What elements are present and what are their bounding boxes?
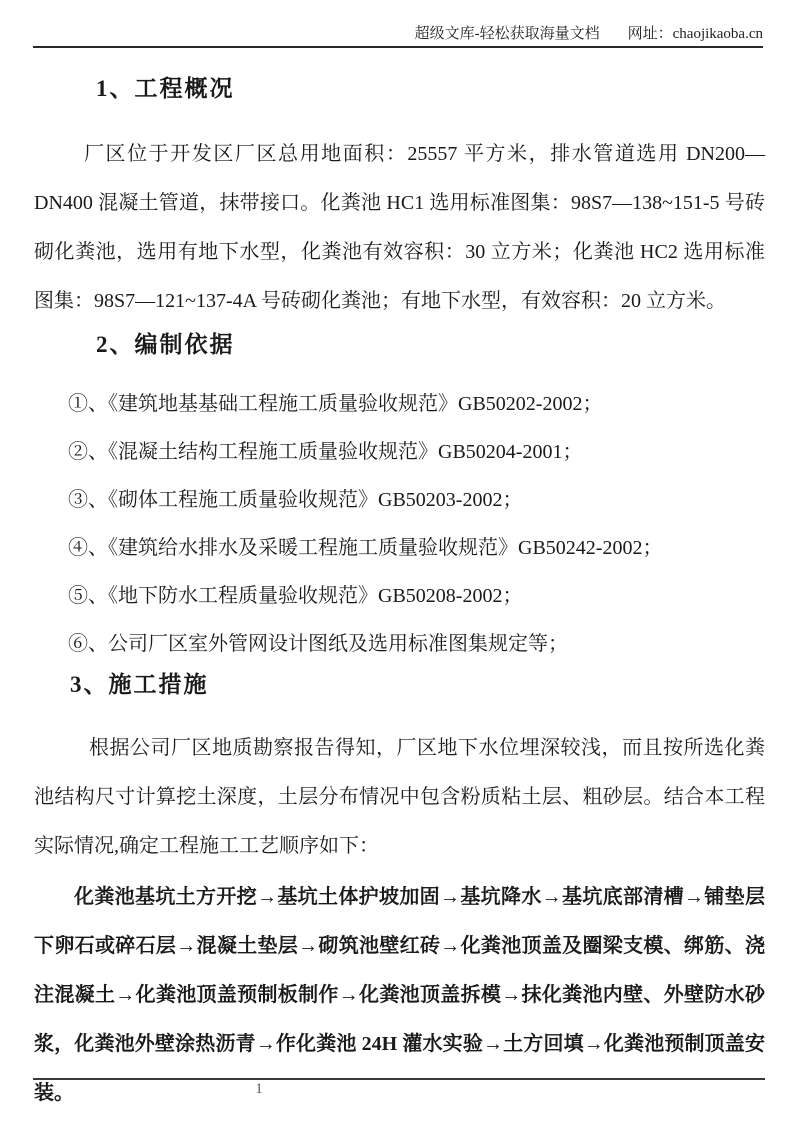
header-site-url: 网址：chaojikaoba.cn: [628, 26, 763, 42]
reference-item-2: ②、《混凝土结构工程施工质量验收规范》GB50204-2001；: [68, 428, 765, 476]
reference-item-4: ④、《建筑给水排水及采暖工程施工质量验收规范》GB50242-2002；: [68, 524, 765, 572]
page-number: 1: [248, 1081, 270, 1098]
reference-item-1: ①、《建筑地基基础工程施工质量验收规范》GB50202-2002；: [68, 380, 765, 428]
section-3-paragraph: 根据公司厂区地质勘察报告得知，厂区地下水位埋深较浅，而且按所选化粪池结构尺寸计算…: [34, 724, 765, 871]
reference-item-3: ③、《砌体工程施工质量验收规范》GB50203-2002；: [68, 476, 765, 524]
reference-list: ①、《建筑地基基础工程施工质量验收规范》GB50202-2002； ②、《混凝土…: [34, 380, 765, 668]
footer-divider-line: [33, 1078, 765, 1080]
reference-item-6: ⑥、公司厂区室外管网设计图纸及选用标准图集规定等；: [68, 620, 765, 668]
header-divider-line: [33, 46, 763, 48]
section-2-heading: 2、编制依据: [96, 330, 765, 360]
document-page: { "header": { "brand_text": "超级文库-轻松获取海量…: [0, 0, 793, 1122]
section-1-paragraph: 厂区位于开发区厂区总用地面积：25557 平方米，排水管道选用 DN200—DN…: [34, 130, 765, 326]
page-header: 超级文库-轻松获取海量文档网址：chaojikaoba.cn: [33, 22, 763, 43]
construction-process-flow: 化粪池基坑土方开挖→基坑土体护坡加固→基坑降水→基坑底部清槽→铺垫层下卵石或碎石…: [34, 873, 765, 1118]
reference-item-5: ⑤、《地下防水工程质量验收规范》GB50208-2002；: [68, 572, 765, 620]
section-3-heading: 3、施工措施: [70, 670, 765, 700]
header-brand-text: 超级文库-轻松获取海量文档: [415, 26, 600, 42]
document-content: 1、工程概况 厂区位于开发区厂区总用地面积：25557 平方米，排水管道选用 D…: [34, 62, 765, 1118]
section-1-heading: 1、工程概况: [96, 74, 765, 104]
